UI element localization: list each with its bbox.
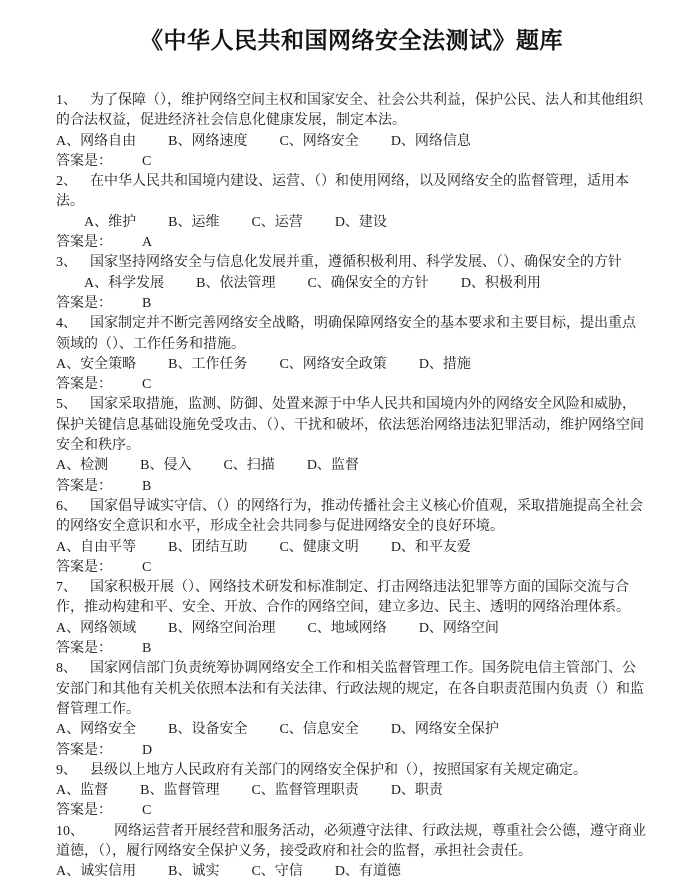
options-line: A、检测B、侵入C、扫描D、监督 [56, 456, 647, 476]
question-number: 6、 [56, 499, 77, 514]
option-c: C、扫描 [223, 458, 274, 473]
question-body: 国家网信部门负责统筹协调网络安全工作和相关监督管理工作。国务院电信主管部门、公安… [56, 661, 644, 717]
question-text: 5、国家采取措施，监测、防御、处置来源于中华人民共和国境内外的网络安全风险和威胁… [56, 395, 647, 456]
question-block: 2、在中华人民共和国境内建设、运营、（）和使用网络，以及网络安全的监督管理，适用… [56, 172, 647, 253]
option-c: C、网络安全政策 [279, 357, 386, 372]
question-block: 1、为了保障（），维护网络空间主权和国家安全、社会公共利益，保护公民、法人和其他… [56, 91, 647, 172]
option-c: C、守信 [251, 864, 302, 879]
question-body: 国家倡导诚实守信、（）的网络行为，推动传播社会主义核心价值观，采取措施提高全社会… [56, 499, 643, 534]
answer-label: 答案是： [56, 377, 112, 392]
question-number: 4、 [56, 316, 77, 331]
option-c: C、运营 [251, 215, 302, 230]
answer-value: B [142, 641, 151, 656]
answer-line: 答案是：C [56, 801, 647, 821]
question-body: 县级以上地方人民政府有关部门的网络安全保护和（），按照国家有关规定确定。 [90, 763, 587, 778]
question-number: 9、 [56, 763, 77, 778]
option-d: D、网络空间 [419, 621, 499, 636]
answer-value: B [142, 479, 151, 494]
question-block: 4、国家制定并不断完善网络安全战略，明确保障网络安全的基本要求和主要目标，提出重… [56, 314, 647, 395]
option-a: A、检测 [56, 458, 108, 473]
question-text: 4、国家制定并不断完善网络安全战略，明确保障网络安全的基本要求和主要目标，提出重… [56, 314, 647, 355]
answer-value: B [142, 296, 151, 311]
option-a: A、维护 [84, 215, 136, 230]
answer-line: 答案是：B [56, 639, 647, 659]
option-b: B、侵入 [140, 458, 191, 473]
option-d: D、监督 [307, 458, 359, 473]
question-block: 3、国家坚持网络安全与信息化发展并重，遵循积极利用、科学发展、（）、确保安全的方… [56, 253, 647, 314]
answer-line: 答案是：B [56, 294, 647, 314]
option-d: D、职责 [391, 783, 443, 798]
answer-label: 答案是： [56, 154, 112, 169]
answer-label: 答案是： [56, 803, 112, 818]
answer-line: 答案是：B [56, 477, 647, 497]
answer-value: D [142, 743, 152, 758]
answer-line: 答案是：A [56, 233, 647, 253]
answer-value: C [142, 560, 151, 575]
question-number: 3、 [56, 255, 77, 270]
question-body: 在中华人民共和国境内建设、运营、（）和使用网络，以及网络安全的监督管理，适用本法… [56, 174, 629, 209]
option-c: C、监督管理职责 [251, 783, 358, 798]
question-text: 1、为了保障（），维护网络空间主权和国家安全、社会公共利益，保护公民、法人和其他… [56, 91, 647, 132]
answer-line: 答案是：C [56, 152, 647, 172]
question-number: 10、 [56, 824, 84, 839]
option-d: D、网络安全保护 [391, 722, 499, 737]
option-b: B、设备安全 [168, 722, 247, 737]
options-line: A、自由平等B、团结互助C、健康文明D、和平友爱 [56, 538, 647, 558]
option-a: A、安全策略 [56, 357, 136, 372]
answer-label: 答案是： [56, 560, 112, 575]
options-line: A、科学发展B、依法管理C、确保安全的方针D、积极利用 [56, 274, 647, 294]
answer-line: 答案是：C [56, 558, 647, 578]
option-d: D、网络信息 [391, 134, 471, 149]
question-text: 6、国家倡导诚实守信、（）的网络行为，推动传播社会主义核心价值观，采取措施提高全… [56, 497, 647, 538]
answer-line: 答案是：D [56, 741, 647, 761]
option-d: D、和平友爱 [391, 540, 471, 555]
option-a: A、自由平等 [56, 540, 136, 555]
answer-label: 答案是： [56, 641, 112, 656]
option-d: D、有道德 [335, 864, 401, 879]
option-b: B、工作任务 [168, 357, 247, 372]
answer-label: 答案是： [56, 743, 112, 758]
question-block: 5、国家采取措施，监测、防御、处置来源于中华人民共和国境内外的网络安全风险和威胁… [56, 395, 647, 496]
option-a: A、监督 [56, 783, 108, 798]
answer-label: 答案是： [56, 479, 112, 494]
question-list: 1、为了保障（），维护网络空间主权和国家安全、社会公共利益，保护公民、法人和其他… [56, 91, 647, 883]
question-text: 9、县级以上地方人民政府有关部门的网络安全保护和（），按照国家有关规定确定。 [56, 761, 647, 781]
option-c: C、网络安全 [279, 134, 358, 149]
answer-label: 答案是： [56, 296, 112, 311]
option-b: B、运维 [168, 215, 219, 230]
question-text: 8、国家网信部门负责统筹协调网络安全工作和相关监督管理工作。国务院电信主管部门、… [56, 659, 647, 720]
answer-value: C [142, 377, 151, 392]
question-body: 国家采取措施，监测、防御、处置来源于中华人民共和国境内外的网络安全风险和威胁，保… [56, 397, 644, 453]
question-block: 10、网络运营者开展经营和服务活动，必须遵守法律、行政法规，尊重社会公德，遵守商… [56, 822, 647, 883]
options-line: A、诚实信用B、诚实C、守信D、有道德 [56, 862, 647, 882]
question-body: 国家制定并不断完善网络安全战略，明确保障网络安全的基本要求和主要目标，提出重点领… [56, 316, 636, 351]
document-page: 《中华人民共和国网络安全法测试》题库 1、为了保障（），维护网络空间主权和国家安… [0, 0, 699, 883]
question-text: 3、国家坚持网络安全与信息化发展并重，遵循积极利用、科学发展、（）、确保安全的方… [56, 253, 647, 273]
question-text: 7、国家积极开展（）、网络技术研发和标准制定、打击网络违法犯罪等方面的国际交流与… [56, 578, 647, 619]
option-c: C、健康文明 [279, 540, 358, 555]
option-d: D、措施 [419, 357, 471, 372]
question-block: 6、国家倡导诚实守信、（）的网络行为，推动传播社会主义核心价值观，采取措施提高全… [56, 497, 647, 578]
option-a: A、诚实信用 [56, 864, 136, 879]
question-text: 2、在中华人民共和国境内建设、运营、（）和使用网络，以及网络安全的监督管理，适用… [56, 172, 647, 213]
question-block: 8、国家网信部门负责统筹协调网络安全工作和相关监督管理工作。国务院电信主管部门、… [56, 659, 647, 760]
question-body: 国家积极开展（）、网络技术研发和标准制定、打击网络违法犯罪等方面的国际交流与合作… [56, 580, 630, 615]
question-number: 7、 [56, 580, 77, 595]
options-line: A、维护B、运维C、运营D、建设 [56, 213, 647, 233]
question-body: 为了保障（），维护网络空间主权和国家安全、社会公共利益，保护公民、法人和其他组织… [56, 93, 643, 128]
option-d: D、建设 [335, 215, 387, 230]
options-line: A、网络领域B、网络空间治理C、地域网络D、网络空间 [56, 619, 647, 639]
answer-value: C [142, 154, 151, 169]
options-line: A、网络安全B、设备安全C、信息安全D、网络安全保护 [56, 720, 647, 740]
question-number: 5、 [56, 397, 77, 412]
question-block: 7、国家积极开展（）、网络技术研发和标准制定、打击网络违法犯罪等方面的国际交流与… [56, 578, 647, 659]
option-b: B、依法管理 [196, 276, 275, 291]
options-line: A、网络自由B、网络速度C、网络安全D、网络信息 [56, 132, 647, 152]
question-number: 1、 [56, 93, 77, 108]
answer-value: C [142, 803, 151, 818]
question-block: 9、县级以上地方人民政府有关部门的网络安全保护和（），按照国家有关规定确定。 A… [56, 761, 647, 822]
options-line: A、监督B、监督管理C、监督管理职责D、职责 [56, 781, 647, 801]
answer-line: 答案是：C [56, 375, 647, 395]
option-a: A、网络自由 [56, 134, 136, 149]
option-b: B、诚实 [168, 864, 219, 879]
option-b: B、监督管理 [140, 783, 219, 798]
question-body: 国家坚持网络安全与信息化发展并重，遵循积极利用、科学发展、（）、确保安全的方针 [90, 255, 622, 270]
option-a: A、网络安全 [56, 722, 136, 737]
answer-label: 答案是： [56, 235, 112, 250]
option-c: C、地域网络 [307, 621, 386, 636]
option-a: A、科学发展 [84, 276, 164, 291]
question-number: 2、 [56, 174, 77, 189]
option-b: B、团结互助 [168, 540, 247, 555]
options-line: A、安全策略B、工作任务C、网络安全政策D、措施 [56, 355, 647, 375]
option-b: B、网络空间治理 [168, 621, 275, 636]
page-title: 《中华人民共和国网络安全法测试》题库 [56, 22, 647, 55]
option-c: C、信息安全 [279, 722, 358, 737]
answer-value: A [142, 235, 152, 250]
option-d: D、积极利用 [461, 276, 541, 291]
question-text: 10、网络运营者开展经营和服务活动，必须遵守法律、行政法规，尊重社会公德，遵守商… [56, 822, 647, 863]
question-body: 网络运营者开展经营和服务活动，必须遵守法律、行政法规，尊重社会公德，遵守商业道德… [56, 824, 646, 859]
option-c: C、确保安全的方针 [307, 276, 428, 291]
question-number: 8、 [56, 661, 77, 676]
option-a: A、网络领域 [56, 621, 136, 636]
option-b: B、网络速度 [168, 134, 247, 149]
